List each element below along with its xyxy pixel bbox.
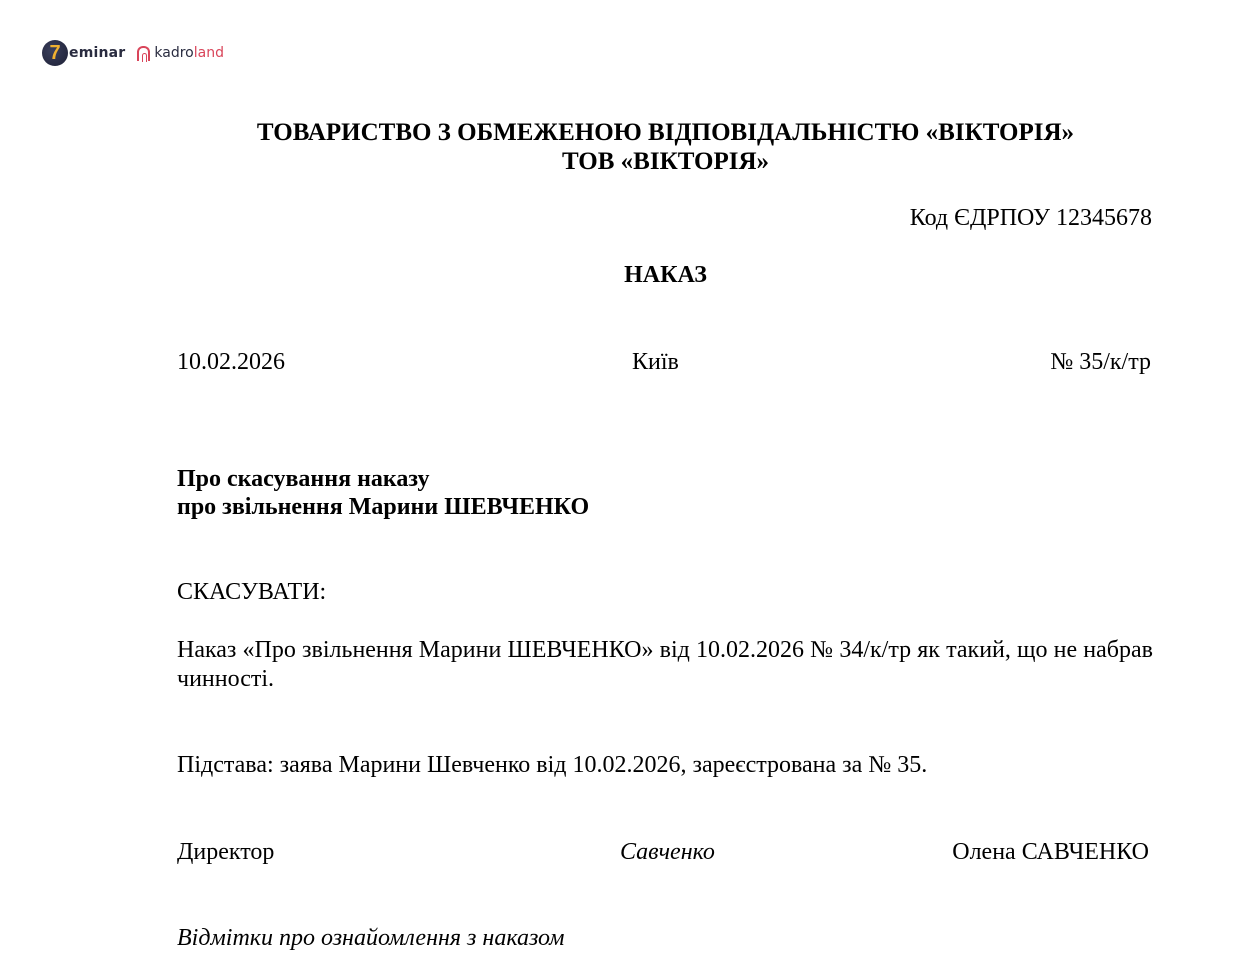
header-logos: 7 eminar kadroland bbox=[42, 40, 224, 66]
order-date: 10.02.2026 bbox=[177, 349, 285, 376]
seminar-logo-text: eminar bbox=[69, 45, 125, 61]
organization-full-name: ТОВАРИСТВО З ОБМЕЖЕНОЮ ВІДПОВІДАЛЬНІСТЮ … bbox=[0, 118, 1241, 147]
signer-position: Директор bbox=[177, 839, 274, 866]
order-body: Наказ «Про звільнення Марини ШЕВЧЕНКО» в… bbox=[177, 636, 1153, 694]
document-title: НАКАЗ bbox=[0, 262, 1241, 289]
order-number: № 35/к/тр bbox=[1050, 349, 1151, 376]
seminar-logo: 7 eminar bbox=[42, 40, 125, 66]
organization-short-name: ТОВ «ВІКТОРІЯ» bbox=[0, 147, 1241, 176]
signature: Савченко bbox=[620, 839, 715, 866]
seminar-seven-icon: 7 bbox=[42, 40, 68, 66]
kadroland-logo: kadroland bbox=[137, 45, 224, 61]
order-basis: Підстава: заява Марини Шевченко від 10.0… bbox=[177, 752, 927, 779]
order-action: СКАСУВАТИ: bbox=[177, 579, 326, 606]
order-city: Київ bbox=[632, 349, 679, 376]
house-icon bbox=[137, 46, 150, 61]
edrpou-code: Код ЄДРПОУ 12345678 bbox=[910, 205, 1152, 232]
subject-line-1: Про скасування наказу bbox=[177, 465, 589, 493]
organization-header: ТОВАРИСТВО З ОБМЕЖЕНОЮ ВІДПОВІДАЛЬНІСТЮ … bbox=[0, 118, 1241, 176]
signer-name: Олена САВЧЕНКО bbox=[952, 839, 1149, 866]
subject-line-2: про звільнення Марини ШЕВЧЕНКО bbox=[177, 493, 589, 521]
order-subject: Про скасування наказу про звільнення Мар… bbox=[177, 465, 589, 521]
acknowledgement-note: Відмітки про ознайомлення з наказом bbox=[177, 925, 564, 952]
kadroland-logo-text: kadroland bbox=[154, 45, 224, 61]
